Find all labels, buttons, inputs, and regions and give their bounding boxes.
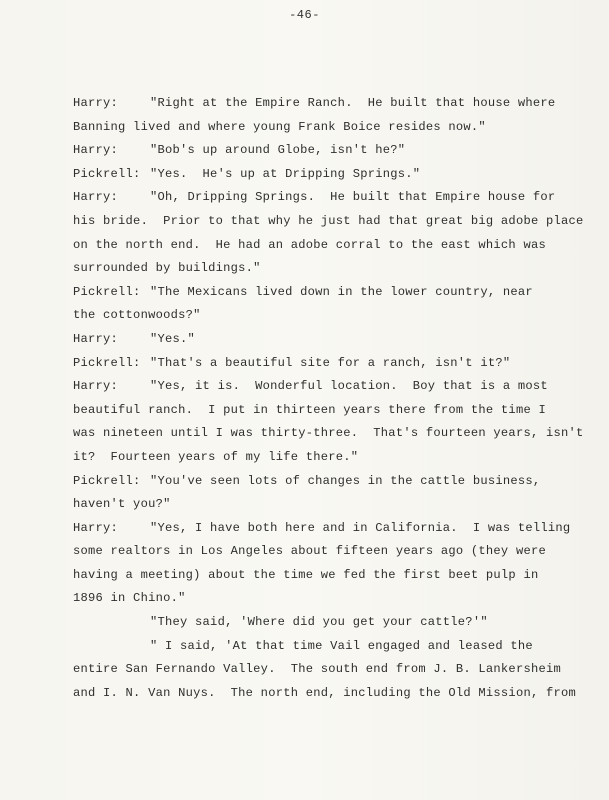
transcript-line: his bride. Prior to that why he just had…	[73, 210, 593, 234]
transcript-line: entire San Fernando Valley. The south en…	[73, 658, 593, 682]
line-text: "Yes."	[150, 332, 195, 346]
speaker-label: Harry:	[73, 517, 150, 541]
line-text: "Yes, I have both here and in California…	[150, 521, 570, 535]
line-text: "The Mexicans lived down in the lower co…	[150, 285, 533, 299]
speaker-label: Pickrell:	[73, 281, 150, 305]
transcript-line: was nineteen until I was thirty-three. T…	[73, 422, 593, 446]
document-page: -46- Harry:"Right at the Empire Ranch. H…	[0, 0, 609, 800]
speaker-label: Pickrell:	[73, 163, 150, 187]
transcript-body: Harry:"Right at the Empire Ranch. He bui…	[73, 92, 593, 705]
speaker-label: Pickrell:	[73, 352, 150, 376]
transcript-line: " I said, 'At that time Vail engaged and…	[73, 635, 593, 659]
transcript-line: Harry:"Yes, it is. Wonderful location. B…	[73, 375, 593, 399]
transcript-line: Pickrell:"The Mexicans lived down in the…	[73, 281, 593, 305]
line-text: " I said, 'At that time Vail engaged and…	[150, 639, 533, 653]
line-text: "Right at the Empire Ranch. He built tha…	[150, 96, 555, 110]
transcript-line: and I. N. Van Nuys. The north end, inclu…	[73, 682, 593, 706]
page-number: -46-	[0, 8, 609, 22]
transcript-line: Pickrell:"Yes. He's up at Dripping Sprin…	[73, 163, 593, 187]
transcript-line: it? Fourteen years of my life there."	[73, 446, 593, 470]
transcript-line: 1896 in Chino."	[73, 587, 593, 611]
line-text: was nineteen until I was thirty-three. T…	[73, 426, 584, 440]
line-text: "That's a beautiful site for a ranch, is…	[150, 356, 510, 370]
line-text: "Bob's up around Globe, isn't he?"	[150, 143, 405, 157]
line-text: the cottonwoods?"	[73, 308, 201, 322]
line-text: it? Fourteen years of my life there."	[73, 450, 358, 464]
line-text: "Oh, Dripping Springs. He built that Emp…	[150, 190, 555, 204]
transcript-line: haven't you?"	[73, 493, 593, 517]
transcript-line: Banning lived and where young Frank Boic…	[73, 116, 593, 140]
line-text: "Yes, it is. Wonderful location. Boy tha…	[150, 379, 548, 393]
transcript-line: some realtors in Los Angeles about fifte…	[73, 540, 593, 564]
line-text: haven't you?"	[73, 497, 171, 511]
transcript-line: Harry:"Yes, I have both here and in Cali…	[73, 517, 593, 541]
line-text: having a meeting) about the time we fed …	[73, 568, 538, 582]
transcript-line: the cottonwoods?"	[73, 304, 593, 328]
transcript-line: Harry:"Bob's up around Globe, isn't he?"	[73, 139, 593, 163]
line-text: "They said, 'Where did you get your catt…	[150, 615, 488, 629]
speaker-label: Pickrell:	[73, 470, 150, 494]
transcript-line: Pickrell:"You've seen lots of changes in…	[73, 470, 593, 494]
speaker-label: Harry:	[73, 375, 150, 399]
line-text: surrounded by buildings."	[73, 261, 261, 275]
line-text: some realtors in Los Angeles about fifte…	[73, 544, 546, 558]
transcript-line: beautiful ranch. I put in thirteen years…	[73, 399, 593, 423]
transcript-line: "They said, 'Where did you get your catt…	[73, 611, 593, 635]
line-text: on the north end. He had an adobe corral…	[73, 238, 546, 252]
speaker-label: Harry:	[73, 328, 150, 352]
speaker-label: Harry:	[73, 92, 150, 116]
line-text: 1896 in Chino."	[73, 591, 186, 605]
speaker-label: Harry:	[73, 186, 150, 210]
line-text: and I. N. Van Nuys. The north end, inclu…	[73, 686, 576, 700]
line-text: entire San Fernando Valley. The south en…	[73, 662, 561, 676]
transcript-line: surrounded by buildings."	[73, 257, 593, 281]
line-text: his bride. Prior to that why he just had…	[73, 214, 584, 228]
line-text: "Yes. He's up at Dripping Springs."	[150, 167, 420, 181]
transcript-line: having a meeting) about the time we fed …	[73, 564, 593, 588]
transcript-line: Harry:"Yes."	[73, 328, 593, 352]
transcript-line: Pickrell:"That's a beautiful site for a …	[73, 352, 593, 376]
transcript-line: Harry:"Oh, Dripping Springs. He built th…	[73, 186, 593, 210]
line-text: "You've seen lots of changes in the catt…	[150, 474, 540, 488]
speaker-label: Harry:	[73, 139, 150, 163]
line-text: beautiful ranch. I put in thirteen years…	[73, 403, 546, 417]
transcript-line: Harry:"Right at the Empire Ranch. He bui…	[73, 92, 593, 116]
transcript-line: on the north end. He had an adobe corral…	[73, 234, 593, 258]
line-text: Banning lived and where young Frank Boic…	[73, 120, 486, 134]
